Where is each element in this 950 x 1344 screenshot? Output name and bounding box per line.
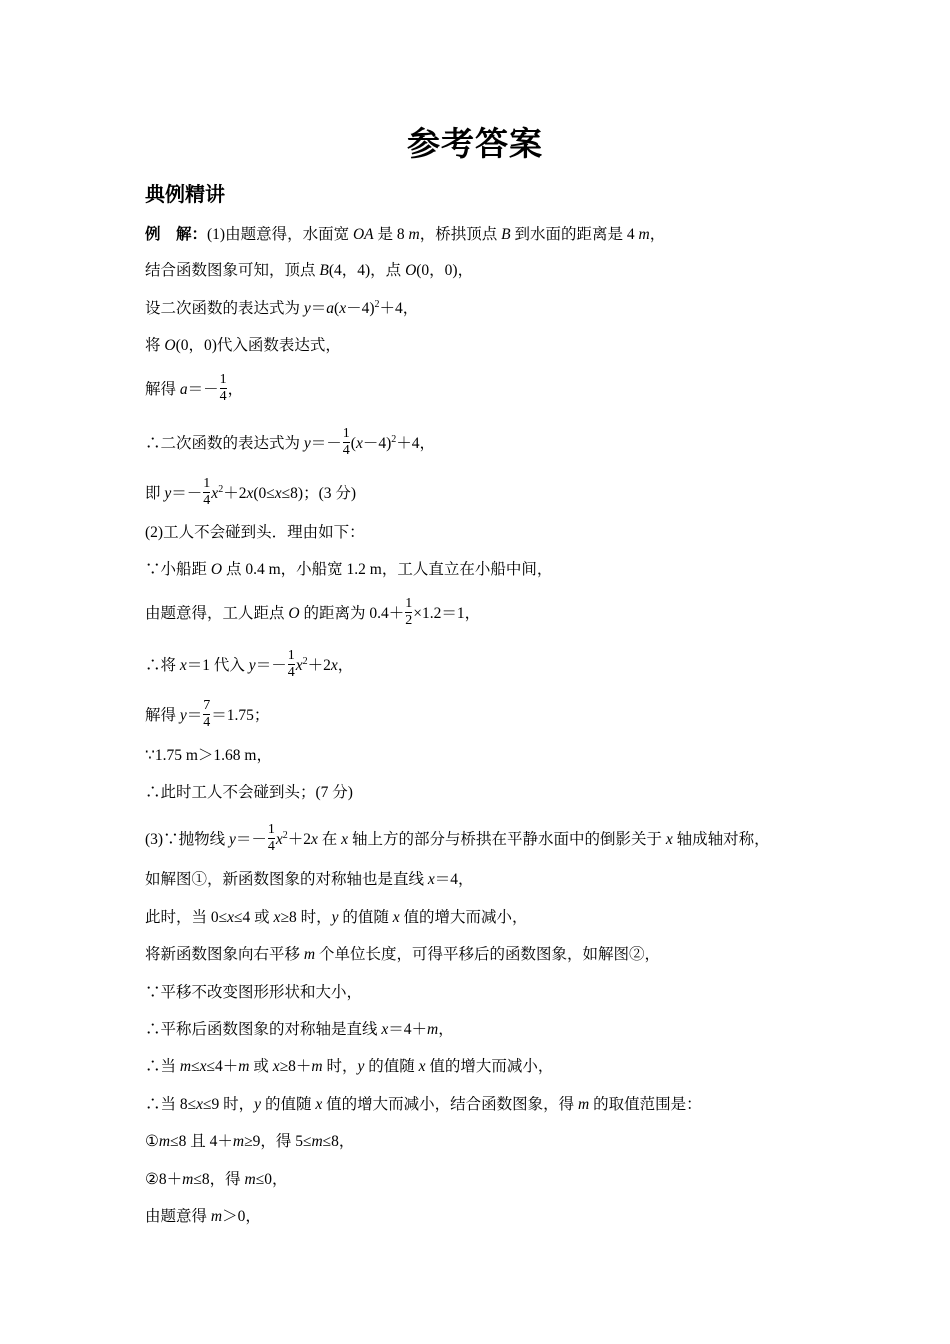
- solution-line-20: ∴平称后函数图象的对称轴是直线 x＝4＋m，: [145, 1020, 454, 1040]
- fraction: 74: [203, 698, 210, 731]
- fraction: 14: [268, 822, 275, 855]
- solution-line-17: 此时，当 0≤x≤4 或 x≥8 时，y 的值随 x 值的增大而减小，: [145, 908, 528, 928]
- solution-line-14: ∴此时工人不会碰到头；(7 分): [145, 783, 353, 803]
- fraction: 14: [343, 426, 350, 459]
- solution-line-19: ∵平移不改变图形形状和大小，: [145, 983, 362, 1003]
- solution-line-16: 如解图①，新函数图象的对称轴也是直线 x＝4，: [145, 870, 474, 890]
- solution-line-13: ∵1.75 m＞1.68 m，: [145, 746, 272, 766]
- solution-line-12: 解得 y＝74＝1.75；: [145, 700, 269, 733]
- solution-line-6: ∴二次函数的表达式为 y＝－14(x－4)2＋4，: [145, 428, 435, 461]
- section-heading: 典例精讲: [145, 178, 225, 207]
- example-label: 例 解：: [145, 225, 207, 243]
- solution-line-23: ①m≤8 且 4＋m≥9，得 5≤m≤8，: [145, 1132, 354, 1152]
- fraction: 14: [220, 372, 227, 405]
- solution-line-1: 例 解：(1)由题意得，水面宽 OA 是 8 m，桥拱顶点 B 到水面的距离是 …: [145, 224, 665, 245]
- solution-line-24: ②8＋m≤8，得 m≤0，: [145, 1170, 287, 1190]
- solution-line-2: 结合函数图象可知，顶点 B(4，4)，点 O(0，0)，: [145, 261, 473, 281]
- solution-line-7: 即 y＝－14x2＋2x(0≤x≤8)；(3 分): [145, 478, 356, 511]
- solution-line-25: 由题意得 m＞0，: [145, 1207, 261, 1227]
- solution-line-3: 设二次函数的表达式为 y＝a(x－4)2＋4，: [145, 299, 418, 319]
- page-title: 参考答案: [0, 118, 950, 165]
- solution-line-4: 将 O(0，0)代入函数表达式，: [145, 336, 341, 356]
- fraction: 12: [405, 596, 412, 629]
- solution-line-22: ∴当 8≤x≤9 时，y 的值随 x 值的增大而减小，结合函数图象，得 m 的取…: [145, 1095, 702, 1115]
- solution-line-18: 将新函数图象向右平移 m 个单位长度，可得平移后的函数图象，如解图②，: [145, 945, 660, 965]
- fraction: 14: [288, 648, 295, 681]
- solution-line-5: 解得 a＝－14，: [145, 374, 243, 407]
- solution-line-21: ∴当 m≤x≤4＋m 或 x≥8＋m 时，y 的值随 x 值的增大而减小，: [145, 1057, 553, 1077]
- solution-line-15: (3)∵抛物线 y＝－14x2＋2x 在 x 轴上方的部分与桥拱在平静水面中的倒…: [145, 824, 770, 857]
- solution-line-11: ∴将 x＝1 代入 y＝－14x2＋2x，: [145, 650, 353, 683]
- solution-line-10: 由题意得，工人距点 O 的距离为 0.4＋12×1.2＝1，: [145, 598, 480, 631]
- solution-line-8: (2)工人不会碰到头．理由如下：: [145, 523, 365, 543]
- fraction: 14: [203, 476, 210, 509]
- solution-line-9: ∵小船距 O 点 0.4 m，小船宽 1.2 m，工人直立在小船中间，: [145, 560, 552, 580]
